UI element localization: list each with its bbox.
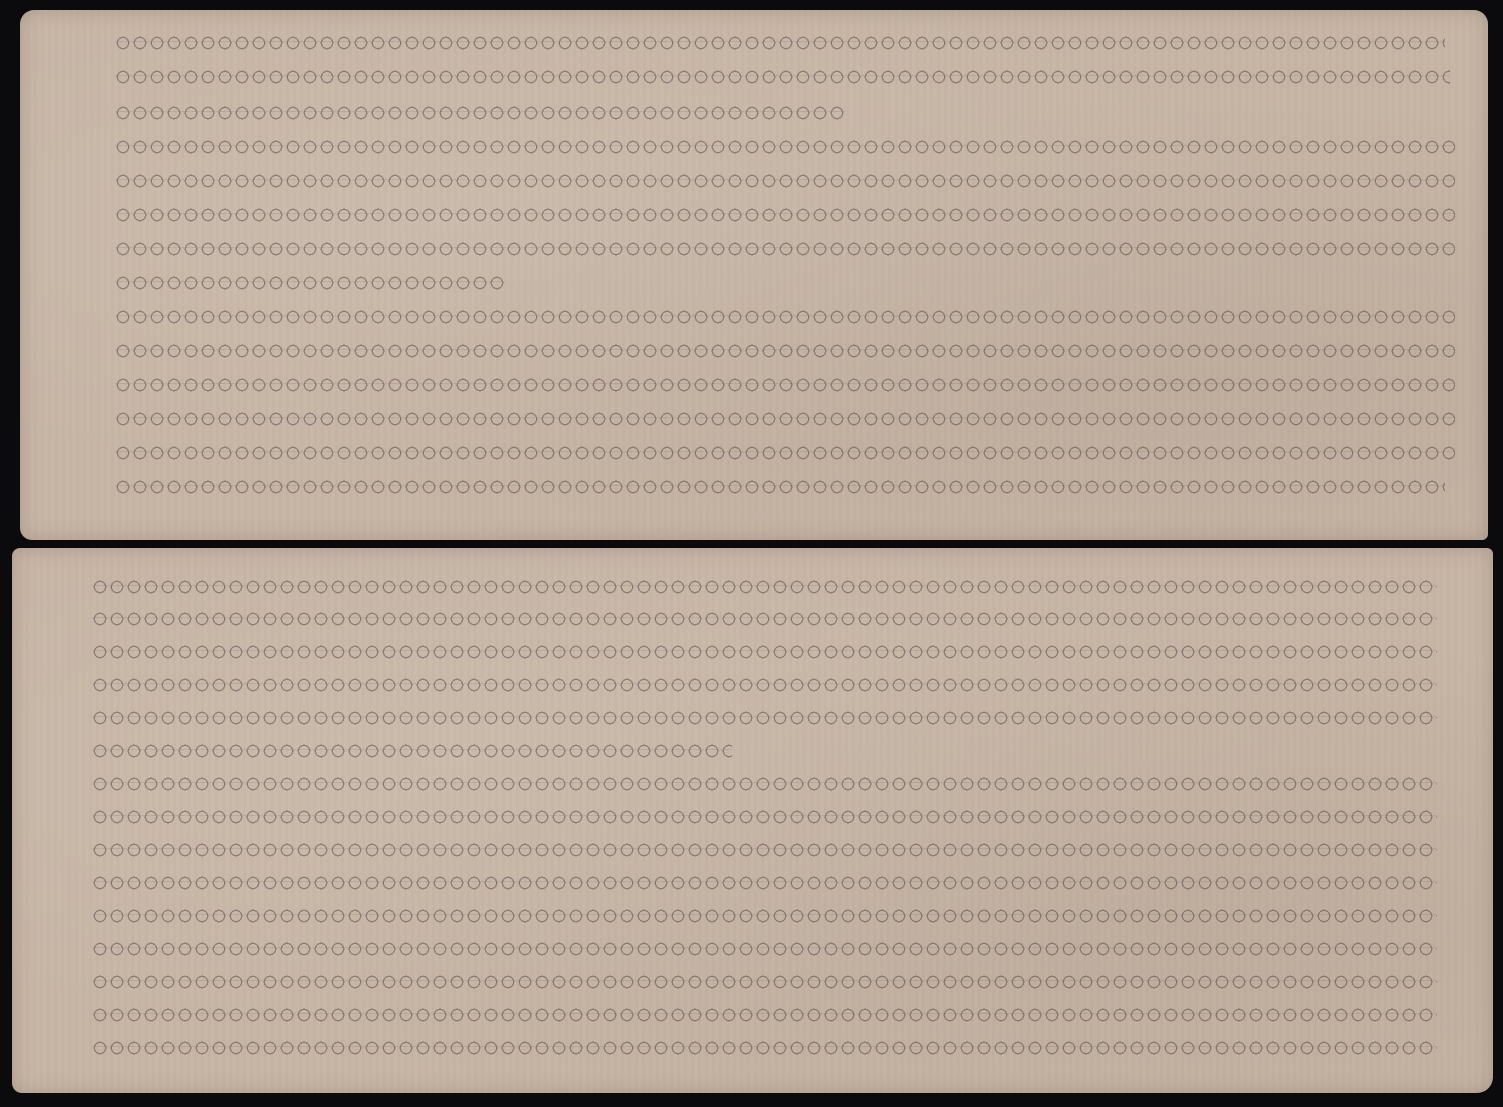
script-line — [115, 204, 1455, 226]
script-line — [115, 238, 1455, 260]
script-line — [115, 476, 1445, 498]
script-line — [115, 306, 1455, 328]
script-line — [92, 740, 732, 762]
script-line — [115, 374, 1455, 396]
script-line — [115, 408, 1455, 430]
script-line — [115, 66, 1450, 88]
script-line — [115, 32, 1445, 54]
script-line — [92, 839, 1437, 861]
script-line — [92, 1037, 1437, 1059]
script-line — [92, 872, 1437, 894]
script-line — [92, 1004, 1437, 1026]
script-line — [92, 576, 1437, 598]
manuscript-leaf-bottom — [12, 548, 1493, 1093]
manuscript-leaf-top — [20, 10, 1488, 540]
script-line — [115, 442, 1455, 464]
script-line — [92, 674, 1437, 696]
script-line — [92, 773, 1437, 795]
script-line — [92, 905, 1437, 927]
script-line — [115, 272, 505, 294]
script-line — [92, 938, 1437, 960]
script-line — [92, 971, 1437, 993]
script-line — [115, 340, 1455, 362]
script-line — [92, 641, 1437, 663]
script-line — [92, 608, 1437, 630]
script-line — [115, 102, 845, 124]
script-line — [115, 170, 1455, 192]
script-line — [92, 707, 1437, 729]
script-line — [92, 806, 1437, 828]
script-line — [115, 136, 1455, 158]
